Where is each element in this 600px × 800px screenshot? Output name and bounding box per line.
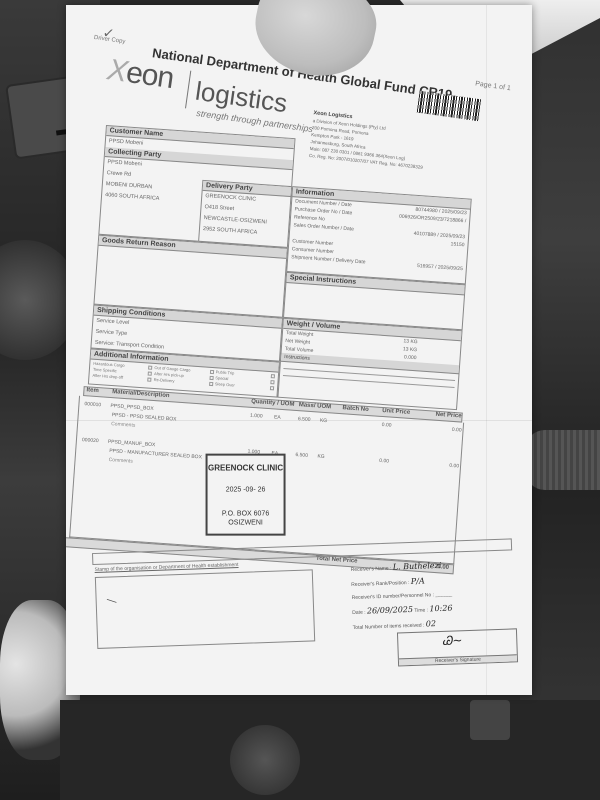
org-stamp-box: — [95,569,315,649]
receiver-rank: P/A [411,576,425,585]
copy-label: Driver Copy [93,35,125,45]
receipt-date: 26/09/2025 [367,605,413,616]
receipt-section: Receiver's Name : L. Buthelezi Receiver'… [350,556,522,635]
barcode [417,91,481,121]
clinic-stamp: GREENOCK CLINIC 2025 -09- 26 P.O. BOX 60… [206,454,286,536]
signature-box: Ꮚ~ Receiver's Signature [397,628,518,666]
car-dashboard [60,700,600,800]
goods-return-section: Goods Return Reason [93,235,287,318]
delivery-note: ✓ Driver Copy National Department of Hea… [66,5,532,695]
page-number: Page 1 of 1 [475,80,511,92]
delivery-party-section: Delivery Party GREENOCK CLINIC O418 Stre… [198,180,292,248]
information-section: Information Document Number / Date807449… [286,186,472,284]
signature: Ꮚ~ [442,633,463,649]
car-stalk [525,430,600,490]
receiver-name: L. Buthelezi [393,561,442,572]
weight-volume-section: Weight / Volume Total Weight13 KGNet Wei… [277,318,462,410]
items-received: 02 [426,619,436,628]
receipt-time: 10:26 [429,604,452,614]
car-interior-right [520,0,600,800]
